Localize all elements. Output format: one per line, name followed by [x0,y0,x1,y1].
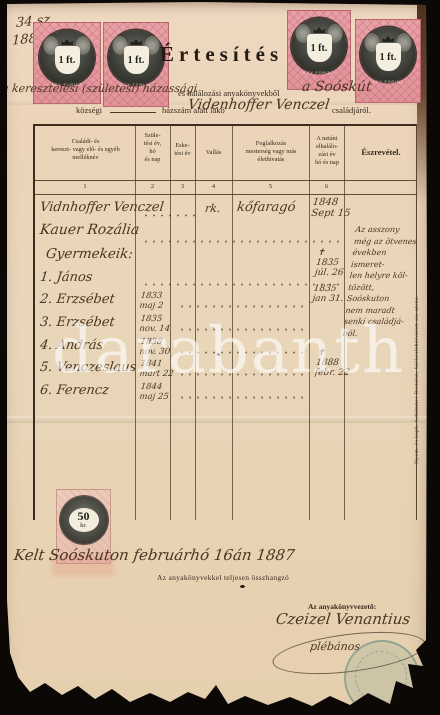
stamp-value-shield: 1 ft. [55,46,80,74]
col-header-religion: Vallás [196,149,231,157]
label-csaladjarol: családjáról. [332,105,371,115]
col-header-marriage: Eske- tési év [171,142,194,158]
date-line-handwritten: Kelt Soóskuton februárhó 16án 1887 [13,546,296,564]
intro-handwritten-b: a Soóskút [301,79,373,95]
stamp-value: 50 [78,511,90,522]
table-row: 6. Ferencz [39,383,110,398]
birth-entry: 1833 maj 2 [139,291,177,311]
label-kozsegi: községi [76,105,102,115]
dotted-filler [142,214,197,217]
number-row-divider [35,194,416,195]
stamp-value-shield: 1 ft. [376,43,401,71]
table-row: 5. Venczeslaus [39,360,137,375]
col-header-birth: Szüle- tési év, hó és nap [136,132,169,164]
stamp-unit: kr. [80,522,87,529]
table-row: Vidnhoffer Venczel [39,200,165,215]
crown-icon [313,27,325,33]
birth-entry: 1844 maj 25 [139,382,177,402]
stamp-vignette: 1 ft. EGY FORINT [40,30,95,85]
header-divider [35,180,416,181]
stamp-caption: EGY FORINT [292,71,347,75]
intro-handwritten-a: a keresztelési (születési) házassági [1,82,188,95]
birth-entry: 1838 nov. 30 [139,337,177,357]
revenue-stamp-1ft: 1 ft. EGY FORINT [287,10,351,90]
col-header-name: Családi- és kereszt- vagy elő- és egyéb … [38,138,133,162]
dotted-filler [178,351,306,354]
table-row: Kauer Rozália [39,222,140,238]
crown-icon [130,39,142,45]
stamp-value-oval: 50 kr. [69,508,99,532]
dotted-filler [178,373,306,376]
col-number: 3 [170,183,195,190]
birth-entry: 1841 mart 22 [139,359,177,379]
document-paper: 34 sz. 1887 1 ft. EGY FORINT 1 ft. EGY F… [0,0,440,715]
stamp-vignette: 1 ft. EGY FORINT [361,27,416,82]
dotted-filler [142,240,342,243]
table-row: 2. Erzsébet [39,292,116,307]
death-entry: ✝ 1835 júl. 26 [314,248,354,278]
dotted-filler [178,328,306,331]
family-name-handwritten: Videnhoffer Venczel [187,97,330,113]
occupation-entry: kőfaragó [236,200,296,215]
crown-icon [61,39,73,45]
stamp-vignette: 50 kr. [60,496,108,544]
col-number: 6 [309,183,344,190]
birth-entry: 1835 nov. 14 [139,314,177,334]
stamp-value-shield: 1 ft. [307,34,332,62]
col-number: 2 [135,183,170,190]
official-seal [344,640,420,715]
col-header-remark: Észrevétel. [347,148,415,156]
death-entry: ✝ 1888 febr. 22 [314,348,354,378]
col-number: 1 [35,183,135,190]
ink-speck [240,585,245,588]
table-row: 4. András [39,338,104,353]
dotted-filler [178,396,306,399]
stamp-vignette: 1 ft. EGY FORINT [292,18,347,73]
printer-imprint: Nyom. és kaph. Schimmer Bertalan, Székes… [414,282,420,464]
signature-handwritten: Czeizel Venantius [275,610,411,628]
seal-inner-ring [355,651,407,703]
death-entry: 1848 Sept 15 [311,197,354,219]
dotted-filler [142,283,342,286]
col-header-occupation: Foglalkozás mesterség vagy más élethivat… [235,140,307,164]
dotted-filler [178,305,306,308]
document-title: Értesítés [160,42,283,67]
stamp-value-shield: 1 ft. [124,46,149,74]
table-row: 1. János [39,270,93,285]
crown-icon [382,36,394,42]
scanned-document-photo: 34 sz. 1887 1 ft. EGY FORINT 1 ft. EGY F… [0,0,440,715]
signature-role: plébános [309,640,361,653]
col-number: 5 [232,183,309,190]
stamp-vignette: 1 ft. EGY FORINT [109,30,164,85]
table-row: Gyermekeik: [45,246,134,262]
col-number: 4 [195,183,232,190]
blank-rule-line [110,112,156,113]
conformity-statement: Az anyakönyvekkel teljesen összhangzó [157,573,289,582]
religion-entry: rk. [204,202,221,215]
col-header-death: A netáni elhalálo- zási év hó és nap [311,135,343,167]
table-row: 3. Erzsébet [39,315,116,330]
